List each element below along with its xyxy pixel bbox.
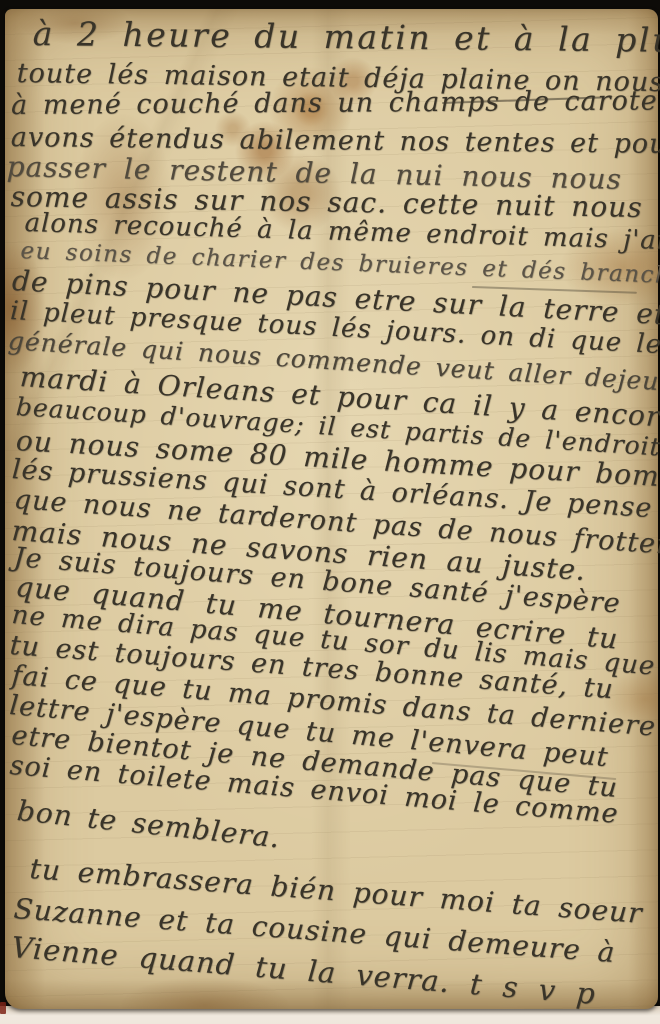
letter-line: à 2 heure du matin et à la pluie [33, 14, 660, 60]
scanned-letter-page: à 2 heure du matin et à la pluie toute l… [0, 0, 660, 1024]
letter-line: à mené couché dans un champs de carote n… [11, 85, 660, 121]
red-edge-mark [0, 1002, 6, 1014]
